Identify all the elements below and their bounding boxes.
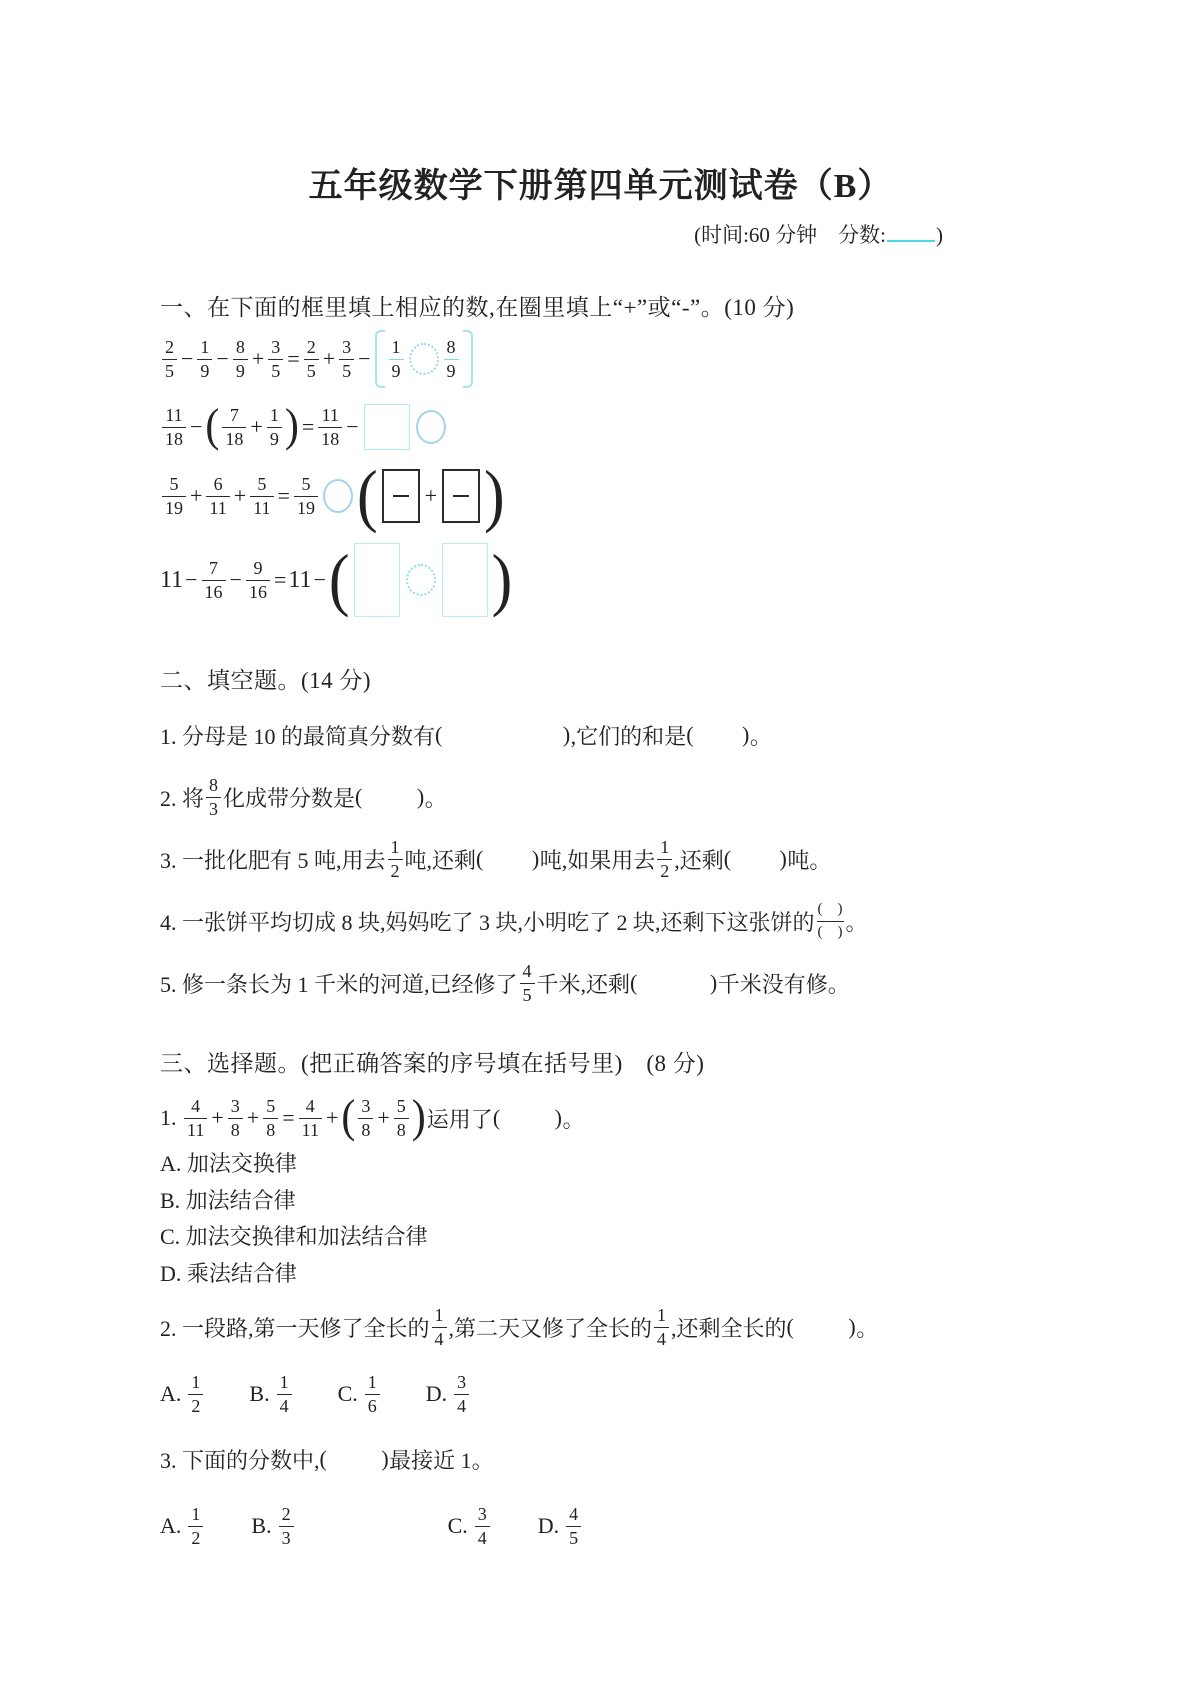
answer-blank[interactable]: ( ) [686,722,750,748]
numerator: 4 [188,1097,203,1118]
fill-item-2: 2. 将83化成带分数是( )。 [160,775,1041,819]
text-run: 4. 一张饼平均切成 8 块,妈妈吃了 3 块,小明吃了 2 块,还剩下这张饼的 [160,906,815,937]
denominator: 19 [294,496,318,518]
paren: ( [357,463,378,529]
fraction: 34 [454,1373,469,1416]
text-run: 千米,还剩 [537,968,631,999]
numerator: 5 [394,1097,409,1118]
fraction: 12 [188,1373,203,1416]
denominator: 11 [299,1118,322,1140]
operator: = [274,567,286,593]
fraction: 58 [394,1097,409,1140]
operator: − [313,567,325,593]
numerator: 8 [206,776,221,797]
spacer [294,1394,338,1395]
denominator: 3 [279,1526,294,1548]
paren: ) [492,547,513,613]
paren: ( [205,405,219,450]
choice-label: D. [426,1381,447,1407]
bracket [375,330,385,388]
fraction: 35 [268,338,283,381]
paren: ( [329,547,350,613]
exam-meta-text: (时间:60 分钟 分数: [694,223,886,247]
operator: − [358,346,370,372]
choice-item-3: 3. 下面的分数中,( )最接近 1。 [160,1437,1041,1481]
operator-circle[interactable] [406,564,436,596]
numerator: 3 [268,338,283,359]
operator: + [211,1105,223,1131]
text-run: 2. 一段路,第一天修了全长的 [160,1312,430,1343]
fraction: 511 [250,475,273,518]
section-1-heading: 一、在下面的框里填上相应的数,在圈里填上“+”或“-”。(10 分) [160,289,1041,322]
numerator: 1 [654,1306,669,1327]
fraction: 411 [299,1097,322,1140]
text-run: 1. [160,1105,182,1131]
choice-label: C. [448,1513,468,1539]
operator: − [190,414,202,440]
denominator: 5 [162,359,177,381]
fraction: 83 [206,776,221,819]
paper-content: 五年级数学下册第四单元测试卷（B） (时间:60 分钟 分数:) 一、在下面的框… [0,0,1191,1551]
denominator: 5 [339,359,354,381]
numerator: 1 [188,1505,203,1526]
denominator: 4 [475,1526,490,1548]
paren: ( [341,1096,355,1141]
fraction: 38 [358,1097,373,1140]
numerator: 1 [432,1306,447,1327]
choice-label: B. [251,1513,271,1539]
fill-item-3: 3. 一批化肥有 5 吨,用去12吨,还剩( )吨,如果用去12,还剩( )吨。 [160,837,1041,881]
fraction: 89 [233,338,248,381]
fraction: 16 [365,1373,380,1416]
operator: + [190,483,202,509]
fraction: 611 [206,475,229,518]
fraction: 19 [389,338,404,381]
operator: − [216,346,228,372]
text-run: 。 [846,906,868,937]
spacer [205,1394,249,1395]
exam-paper: 五年级数学下册第四单元测试卷（B） (时间:60 分钟 分数:) 一、在下面的框… [0,0,1191,1684]
text-run: 。 [425,782,447,813]
text-run: 3. 一批化肥有 5 吨,用去 [160,844,386,875]
numerator: 7 [206,559,221,580]
numerator: 3 [339,338,354,359]
numerator: 1 [388,838,403,859]
number: 11 [160,567,183,594]
denominator: 5 [268,359,283,381]
text-run: 。 [562,1103,584,1134]
denominator: 4 [654,1327,669,1349]
fraction: 1118 [162,406,186,449]
denominator: 8 [263,1118,278,1140]
text-run: ,第二天又修了全长的 [449,1312,653,1343]
spacer [205,1526,251,1527]
denominator: 8 [394,1118,409,1140]
denominator: 9 [197,359,212,381]
denominator: 4 [432,1327,447,1349]
section-3-heading: 三、选择题。(把正确答案的序号填在括号里) (8 分) [160,1045,1041,1078]
numerator: 6 [211,475,226,496]
choice-2-options-row: A.12B.14C.16D.34 [160,1369,1041,1419]
fill-item-5: 5. 修一条长为 1 千米的河道,已经修了45千米,还剩( )千米没有修。 [160,961,1041,1005]
fraction-bar-placeholder [453,495,469,497]
numerator: 1 [188,1373,203,1394]
fraction: 19 [267,406,282,449]
denominator: 18 [162,427,186,449]
operator: + [326,1105,338,1131]
operator: = [287,346,299,372]
bracket [463,330,473,388]
numerator: 5 [167,475,182,496]
numerator: 9 [250,559,265,580]
numerator: 3 [358,1097,373,1118]
denominator: 5 [520,983,535,1005]
answer-box[interactable] [382,469,420,523]
denominator: 4 [277,1394,292,1416]
operator: + [377,1105,389,1131]
text-run: 吨,还剩 [405,844,477,875]
text-run: 化成带分数是 [223,782,355,813]
denominator: 9 [389,359,404,381]
paren: ) [412,1096,426,1141]
choice-label: B. [249,1381,269,1407]
numerator-blank: ( ) [817,901,844,920]
operator: + [250,414,262,440]
text-run: 。 [856,1312,878,1343]
denominator: 8 [358,1118,373,1140]
fraction: 12 [388,838,403,881]
fraction-bar-placeholder [393,495,409,497]
denominator: 18 [222,427,246,449]
operator: + [323,346,335,372]
denominator: 9 [444,359,459,381]
operator: − [181,346,193,372]
fraction: 716 [202,559,226,602]
fraction: 38 [228,1097,243,1140]
operator: + [234,483,246,509]
numerator: 3 [454,1373,469,1394]
fraction: 89 [444,338,459,381]
denominator: 2 [188,1394,203,1416]
paren: ) [285,405,299,450]
fraction: 1118 [318,406,342,449]
text-run: ,它们的和是 [571,720,687,751]
answer-blank[interactable]: ( ) [355,784,425,810]
choice-1-option-c: C. 加法交换律和加法结合律 [160,1223,1041,1251]
answer-box[interactable] [354,543,400,617]
fill-item-1: 1. 分母是 10 的最简真分数有( ),它们的和是( )。 [160,713,1041,757]
equation-2: 1118−(718+19)=1118− [160,400,1041,454]
score-blank-line[interactable] [887,228,935,242]
numerator: 4 [520,962,535,983]
fraction: 25 [304,338,319,381]
choice-item-1: 1. 411+38+58=411+(38+58)运用了( )。 [160,1096,1041,1140]
text-run: 最接近 1。 [389,1444,494,1475]
operator: − [185,567,197,593]
paren: ) [484,463,505,529]
choice-label: A. [160,1381,181,1407]
fraction: 14 [277,1373,292,1416]
numerator: 1 [197,338,212,359]
page-title: 五年级数学下册第四单元测试卷（B） [160,0,1041,207]
text-run: 吨,如果用去 [540,844,656,875]
text-run: 吨。 [787,844,831,875]
operator-circle[interactable] [416,410,446,444]
fraction: 718 [222,406,246,449]
fraction: 34 [475,1505,490,1548]
fraction: 519 [294,475,318,518]
operator: + [425,483,437,509]
answer-blank[interactable]: ( ) [435,722,571,748]
text-run: 1. 分母是 10 的最简真分数有 [160,720,435,751]
denominator: 5 [304,359,319,381]
text-run: 5. 修一条长为 1 千米的河道,已经修了 [160,968,518,999]
fraction: 14 [432,1306,447,1349]
fraction: 45 [520,962,535,1005]
choice-1-option-b: B. 加法结合律 [160,1187,1041,1215]
choice-1-option-d: D. 乘法结合律 [160,1260,1041,1288]
numerator: 1 [389,338,404,359]
operator-circle[interactable] [323,479,353,513]
fraction: 14 [654,1306,669,1349]
numerator: 1 [657,838,672,859]
equation-1: 25−19−89+35=25+35−1989 [160,328,1041,390]
fraction: 12 [188,1505,203,1548]
answer-box[interactable] [442,543,488,617]
choice-label: D. [538,1513,559,1539]
equation-3: 519+611+511=519(+) [160,464,1041,528]
number: 11 [288,567,311,594]
denominator: 2 [188,1526,203,1548]
text-run: 3. 下面的分数中, [160,1444,320,1475]
fraction: 35 [339,338,354,381]
section-2-heading: 二、填空题。(14 分) [160,662,1041,695]
choice-label: A. [160,1513,181,1539]
denominator: 16 [202,580,226,602]
numerator: 1 [365,1373,380,1394]
text-run: ,还剩 [674,844,724,875]
denominator: 2 [388,859,403,881]
answer-blank[interactable]: ( ) [724,846,788,872]
choice-label: C. [338,1381,358,1407]
operator-circle[interactable] [409,343,439,375]
denominator: 19 [162,496,186,518]
denominator: 18 [318,427,342,449]
spacer [492,1526,538,1527]
answer-blank[interactable]: ( ) [630,970,718,996]
fraction: 916 [246,559,270,602]
equation-4: 11−716−916=11−() [160,538,1041,622]
operator: − [346,414,358,440]
denominator: 9 [267,427,282,449]
numerator: 2 [162,338,177,359]
numerator: 3 [228,1097,243,1118]
denominator: 5 [566,1526,581,1548]
fraction: 12 [657,838,672,881]
denominator: 9 [233,359,248,381]
numerator: 2 [279,1505,294,1526]
denominator: 3 [206,797,221,819]
operator: = [278,483,290,509]
numerator: 1 [277,1373,292,1394]
numerator: 5 [254,475,269,496]
spacer [296,1526,448,1527]
numerator: 8 [444,338,459,359]
fraction: 411 [184,1097,207,1140]
numerator: 8 [233,338,248,359]
text-run: 千米没有修。 [718,968,850,999]
denominator: 6 [365,1394,380,1416]
exam-meta-close: ) [936,223,943,247]
choice-list-1: A. 加法交换律 B. 加法结合律 C. 加法交换律和加法结合律 D. 乘法结合… [160,1150,1041,1287]
fraction-answer-blank[interactable]: ( )( ) [817,901,844,941]
numerator: 2 [304,338,319,359]
denominator: 2 [657,859,672,881]
denominator: 11 [250,496,273,518]
numerator: 5 [263,1097,278,1118]
numerator: 7 [227,406,242,427]
spacer [382,1394,426,1395]
answer-blank[interactable]: ( ) [320,1446,390,1472]
answer-blank[interactable]: ( ) [787,1314,857,1340]
text-run: 。 [750,720,772,751]
numerator: 11 [162,406,185,427]
numerator: 4 [566,1505,581,1526]
denominator: 11 [206,496,229,518]
operator: = [282,1105,294,1131]
denominator: 11 [184,1118,207,1140]
denominator: 8 [228,1118,243,1140]
exam-meta: (时间:60 分钟 分数:) [160,219,1041,249]
denominator: 4 [454,1394,469,1416]
fill-item-4: 4. 一张饼平均切成 8 块,妈妈吃了 3 块,小明吃了 2 块,还剩下这张饼的… [160,899,1041,943]
fraction: 58 [263,1097,278,1140]
text-run: 2. 将 [160,782,204,813]
numerator: 1 [267,406,282,427]
operator: − [230,567,242,593]
numerator: 4 [303,1097,318,1118]
numerator: 11 [319,406,342,427]
numerator: 5 [298,475,313,496]
answer-blank[interactable]: ( ) [476,846,540,872]
operator: + [247,1105,259,1131]
answer-blank[interactable]: ( ) [493,1105,563,1131]
operator: = [302,414,314,440]
text-run: ,还剩全长的 [671,1312,787,1343]
fraction: 45 [566,1505,581,1548]
choice-1-option-a: A. 加法交换律 [160,1150,1041,1178]
fraction: 519 [162,475,186,518]
fraction: 19 [197,338,212,381]
fraction: 25 [162,338,177,381]
operator: + [252,346,264,372]
denominator: 16 [246,580,270,602]
fraction: 23 [279,1505,294,1548]
text-run: 运用了 [427,1103,493,1134]
answer-box[interactable] [364,404,410,450]
denominator-blank: ( ) [817,921,844,941]
choice-3-options-row: A.12B.23C.34D.45 [160,1501,1041,1551]
numerator: 3 [475,1505,490,1526]
answer-box[interactable] [442,469,480,523]
choice-item-2: 2. 一段路,第一天修了全长的14,第二天又修了全长的14,还剩全长的( )。 [160,1305,1041,1349]
